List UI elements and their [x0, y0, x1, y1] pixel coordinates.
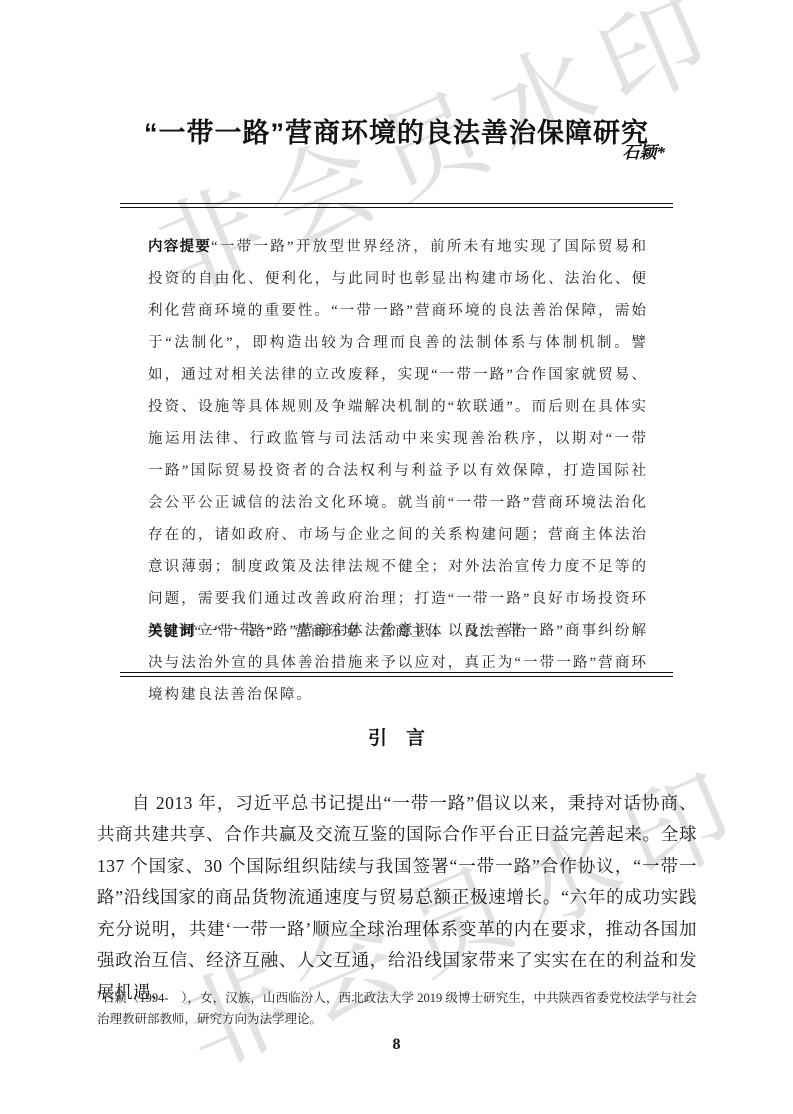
author-name: 石颖*	[0, 138, 665, 163]
divider-double-rule-bottom	[120, 672, 673, 677]
section-heading-introduction: 引 言	[0, 723, 793, 750]
document-page: 非会员水印 非会员水印 “一带一路”营商环境的良法善治保障研究 石颖* 内容提要…	[0, 0, 793, 1114]
footnote-text: 石颖（1994- ），女，汉族，山西临汾人，西北政法大学 2019 级博士研究生…	[97, 991, 697, 1026]
footnote: *石颖（1994- ），女，汉族，山西临汾人，西北政法大学 2019 级博士研究…	[97, 984, 697, 1030]
keywords-label: 关键词	[148, 624, 195, 640]
keyword-item: “一带一路”	[195, 624, 275, 640]
abstract-label: 内容提要	[148, 239, 211, 255]
body-paragraph: 自 2013 年，习近平总书记提出“一带一路”倡议以来，秉持对话协商、共商共建共…	[97, 788, 697, 1009]
page-content: “一带一路”营商环境的良法善治保障研究 石颖* 内容提要“一带一路”开放型世界经…	[0, 0, 793, 1114]
keyword-item: 营商环境	[295, 624, 359, 640]
keyword-item: 营商主体	[379, 624, 443, 640]
page-number: 8	[0, 1036, 793, 1054]
divider-double-rule-top	[120, 203, 673, 208]
keyword-item: 良法善治	[463, 624, 527, 640]
keywords-line: 关键词“一带一路”营商环境营商主体良法善治	[148, 620, 668, 641]
